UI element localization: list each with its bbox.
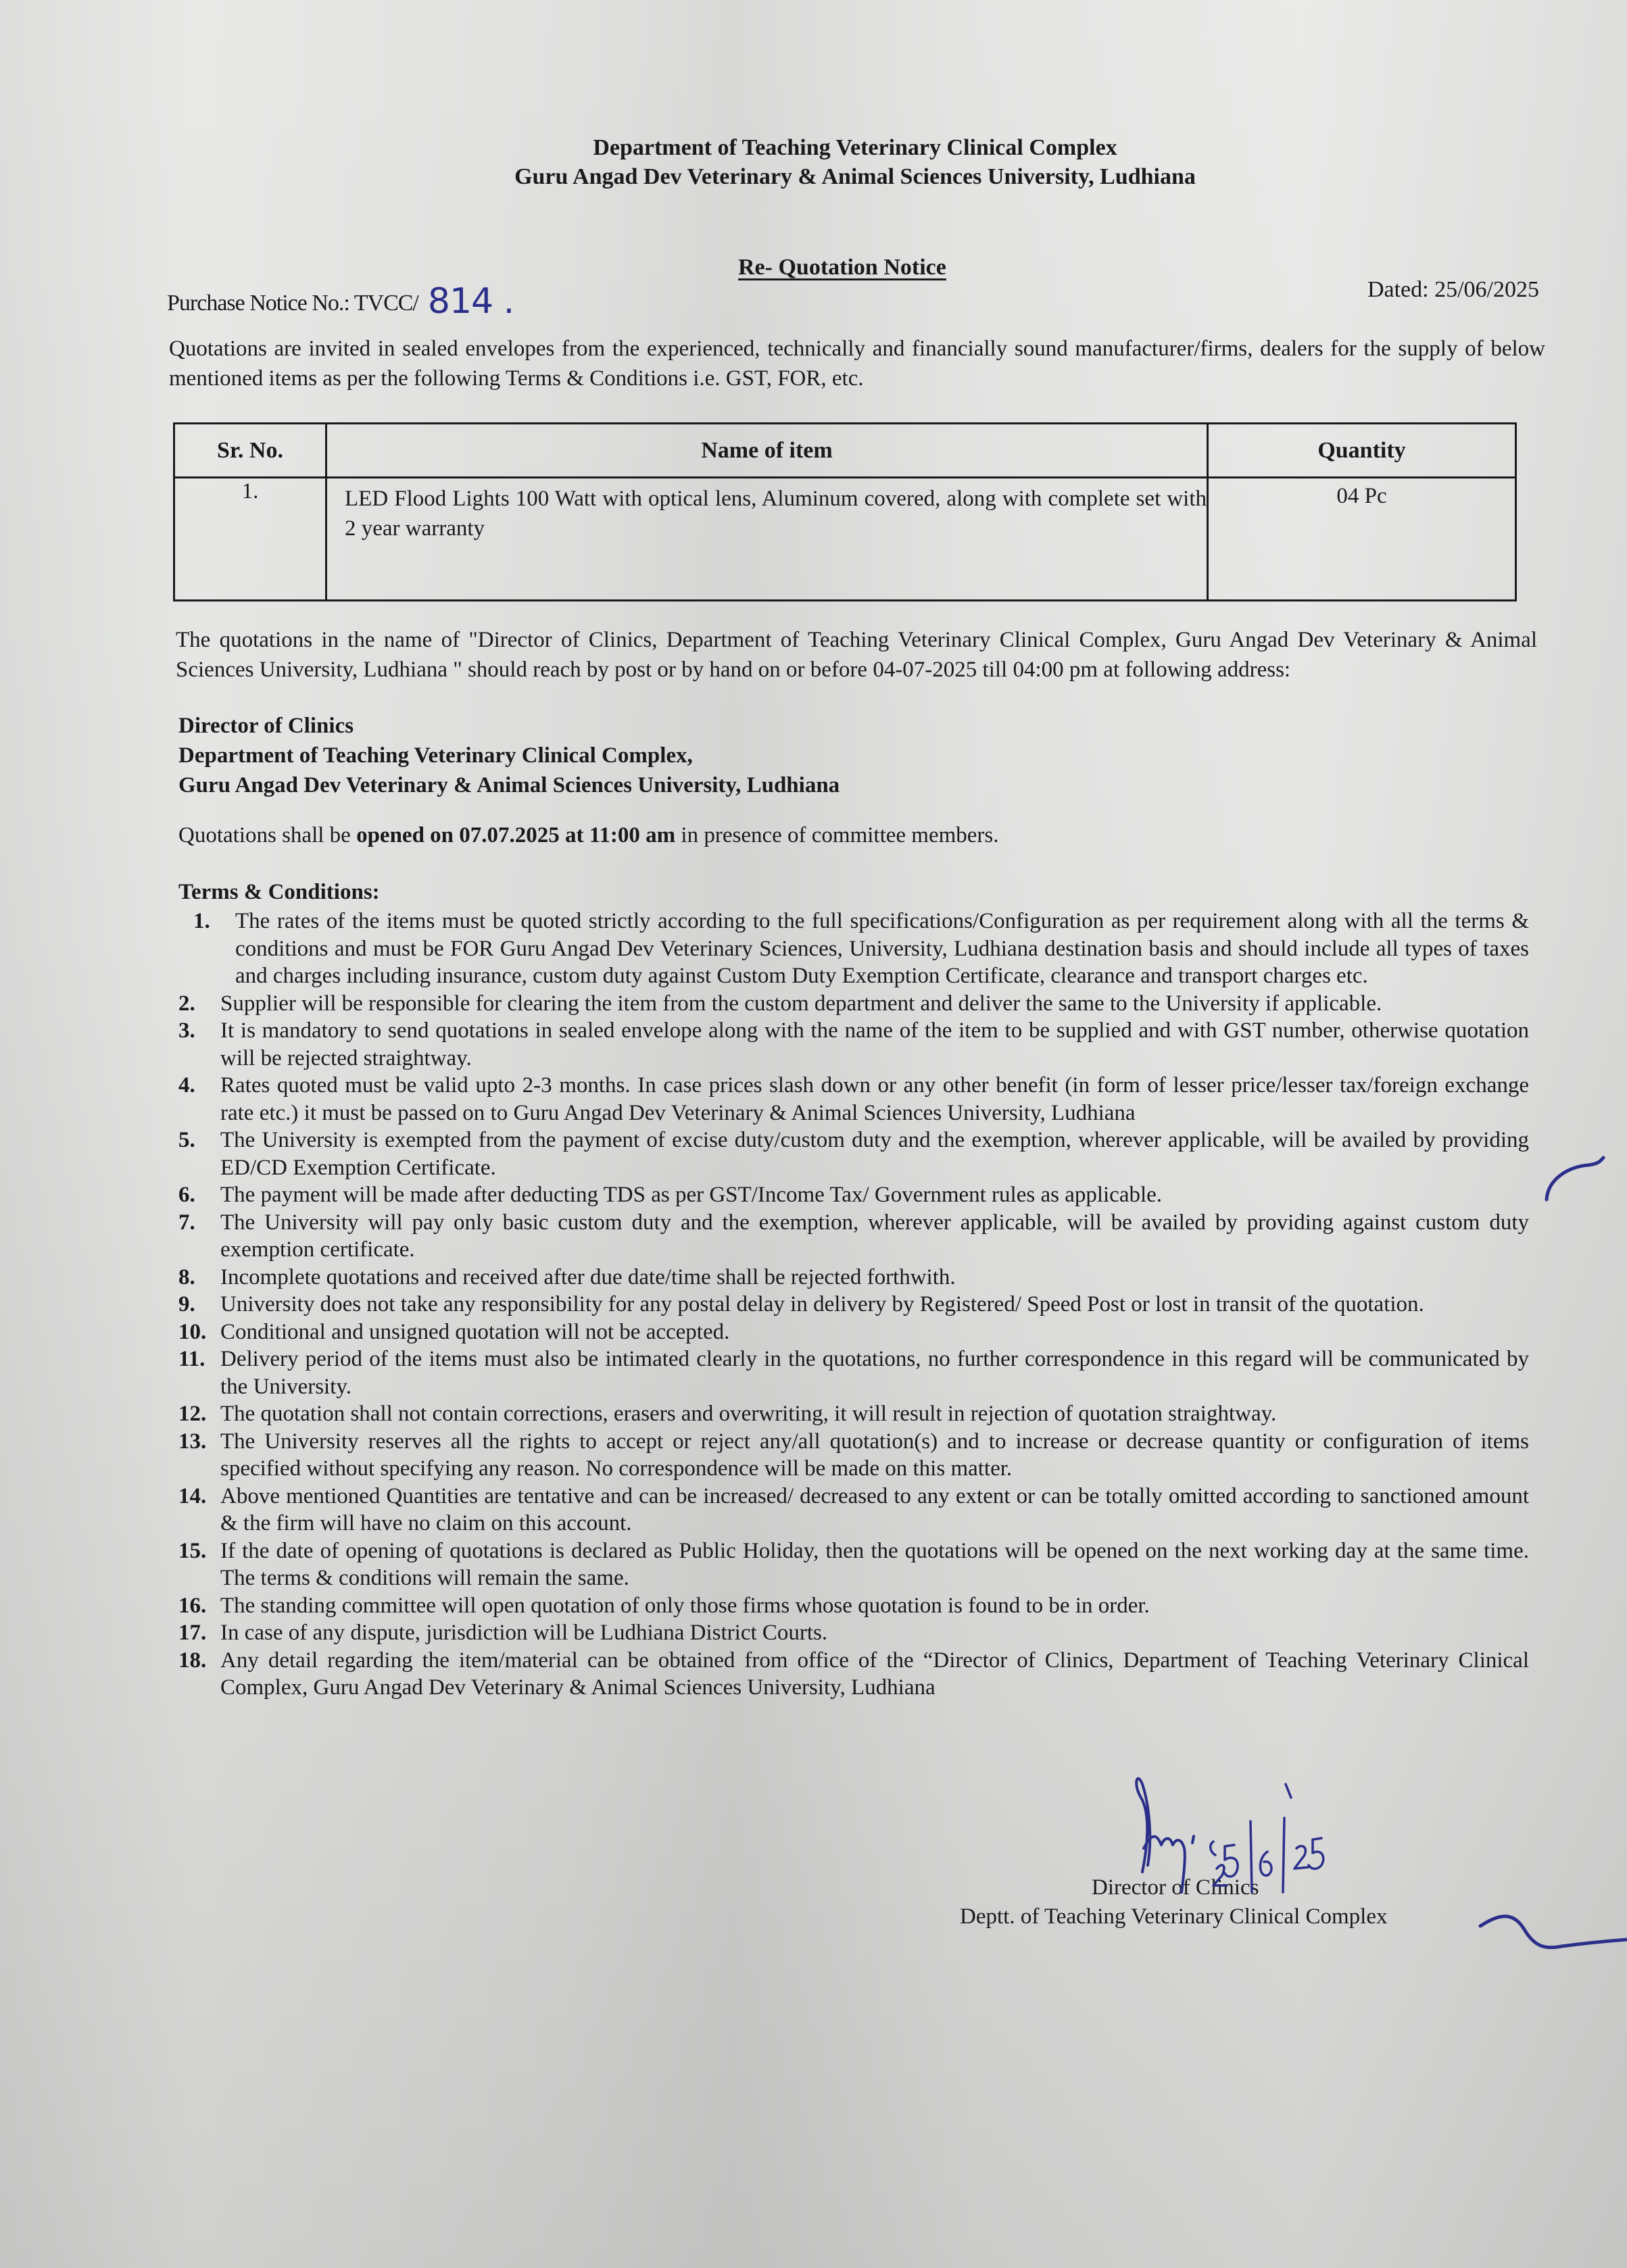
term-number: 10. [178, 1318, 220, 1346]
margin-pen-curve-icon [1480, 1917, 1627, 1948]
submission-address: Director of Clinics Department of Teachi… [178, 711, 840, 800]
item-quantity: 04 Pc [1208, 478, 1516, 601]
handwritten-notice-number: 814 . [428, 281, 514, 322]
term-item: 4.Rates quoted must be valid upto 2-3 mo… [178, 1072, 1529, 1127]
term-item: 17.In case of any dispute, jurisdiction … [178, 1619, 1529, 1647]
term-text: Supplier will be responsible for clearin… [220, 990, 1529, 1018]
address-line-2: Department of Teaching Veterinary Clinic… [178, 741, 840, 770]
term-number: 11. [178, 1346, 220, 1400]
term-text: It is mandatory to send quotations in se… [220, 1017, 1529, 1072]
header-sr-no: Sr. No. [174, 424, 326, 478]
term-text: Rates quoted must be valid upto 2-3 mont… [220, 1072, 1529, 1127]
items-table: Sr. No. Name of item Quantity 1. LED Flo… [173, 422, 1517, 601]
term-item: 1.The rates of the items must be quoted … [178, 908, 1529, 990]
header-department: Department of Teaching Veterinary Clinic… [0, 135, 1627, 161]
term-text: Any detail regarding the item/material c… [220, 1647, 1529, 1702]
notice-date: Dated: 25/06/2025 [1367, 277, 1539, 303]
intro-paragraph: Quotations are invited in sealed envelop… [169, 334, 1545, 393]
header-university: Guru Angad Dev Veterinary & Animal Scien… [0, 164, 1627, 190]
term-item: 9.University does not take any responsib… [178, 1291, 1529, 1318]
item-sr-no: 1. [174, 478, 326, 601]
term-item: 6.The payment will be made after deducti… [178, 1181, 1529, 1209]
terms-list: 1.The rates of the items must be quoted … [178, 908, 1529, 1702]
term-number: 7. [178, 1209, 220, 1264]
quotation-notice-document: Department of Teaching Veterinary Clinic… [0, 0, 1627, 2268]
item-name: LED Flood Lights 100 Watt with optical l… [326, 478, 1208, 601]
signatory-designation: Director of Clinics [1092, 1875, 1259, 1900]
term-item: 2.Supplier will be responsible for clear… [178, 990, 1529, 1018]
address-line-1: Director of Clinics [178, 711, 840, 741]
term-number: 5. [178, 1127, 220, 1181]
term-item: 12.The quotation shall not contain corre… [178, 1400, 1529, 1428]
term-item: 15.If the date of opening of quotations … [178, 1537, 1529, 1592]
notice-title: Re- Quotation Notice [738, 255, 946, 280]
term-item: 11.Delivery period of the items must als… [178, 1346, 1529, 1400]
term-text: The standing committee will open quotati… [220, 1592, 1529, 1620]
term-number: 15. [178, 1537, 220, 1592]
term-item: 5.The University is exempted from the pa… [178, 1127, 1529, 1181]
term-item: 13.The University reserves all the right… [178, 1428, 1529, 1483]
opening-suffix: in presence of committee members. [675, 823, 998, 847]
term-text: Above mentioned Quantities are tentative… [220, 1483, 1529, 1537]
term-number: 1. [193, 908, 235, 990]
opening-prefix: Quotations shall be [178, 823, 356, 847]
term-item: 10.Conditional and unsigned quotation wi… [178, 1318, 1529, 1346]
term-text: The University will pay only basic custo… [220, 1209, 1529, 1264]
term-text: The University is exempted from the paym… [220, 1127, 1529, 1181]
term-number: 8. [178, 1264, 220, 1291]
term-number: 17. [178, 1619, 220, 1647]
term-number: 12. [178, 1400, 220, 1428]
term-number: 9. [178, 1291, 220, 1318]
term-text: Incomplete quotations and received after… [220, 1264, 1529, 1291]
term-number: 2. [178, 990, 220, 1018]
table-row: 1. LED Flood Lights 100 Watt with optica… [174, 478, 1516, 601]
term-text: The rates of the items must be quoted st… [235, 908, 1529, 990]
terms-title: Terms & Conditions: [178, 880, 380, 905]
term-number: 4. [178, 1072, 220, 1127]
address-line-3: Guru Angad Dev Veterinary & Animal Scien… [178, 770, 840, 800]
margin-pen-mark-icon [1547, 1158, 1603, 1200]
term-text: If the date of opening of quotations is … [220, 1537, 1529, 1592]
term-number: 18. [178, 1647, 220, 1702]
term-text: The payment will be made after deducting… [220, 1181, 1529, 1209]
term-item: 18.Any detail regarding the item/materia… [178, 1647, 1529, 1702]
purchase-notice-number: Purchase Notice No.: TVCC/814 . [167, 278, 514, 319]
submission-paragraph: The quotations in the name of "Director … [176, 625, 1537, 685]
term-text: The quotation shall not contain correcti… [220, 1400, 1529, 1428]
opening-statement: Quotations shall be opened on 07.07.2025… [178, 823, 999, 848]
term-text: Delivery period of the items must also b… [220, 1346, 1529, 1400]
items-table-header: Sr. No. Name of item Quantity [174, 424, 1516, 478]
term-item: 14.Above mentioned Quantities are tentat… [178, 1483, 1529, 1537]
term-number: 14. [178, 1483, 220, 1537]
header-quantity: Quantity [1208, 424, 1516, 478]
term-number: 6. [178, 1181, 220, 1209]
term-item: 16.The standing committee will open quot… [178, 1592, 1529, 1620]
term-item: 3.It is mandatory to send quotations in … [178, 1017, 1529, 1072]
term-text: The University reserves all the rights t… [220, 1428, 1529, 1483]
term-item: 8.Incomplete quotations and received aft… [178, 1264, 1529, 1291]
term-text: University does not take any responsibil… [220, 1291, 1529, 1318]
header-item-name: Name of item [326, 424, 1208, 478]
term-number: 3. [178, 1017, 220, 1072]
term-number: 13. [178, 1428, 220, 1483]
signatory-department: Deptt. of Teaching Veterinary Clinical C… [960, 1904, 1387, 1929]
term-number: 16. [178, 1592, 220, 1620]
term-text: In case of any dispute, jurisdiction wil… [220, 1619, 1529, 1647]
purchase-notice-label: Purchase Notice No.: TVCC/ [167, 291, 418, 316]
term-text: Conditional and unsigned quotation will … [220, 1318, 1529, 1346]
opening-date-time: opened on 07.07.2025 at 11:00 am [356, 823, 675, 847]
term-item: 7.The University will pay only basic cus… [178, 1209, 1529, 1264]
